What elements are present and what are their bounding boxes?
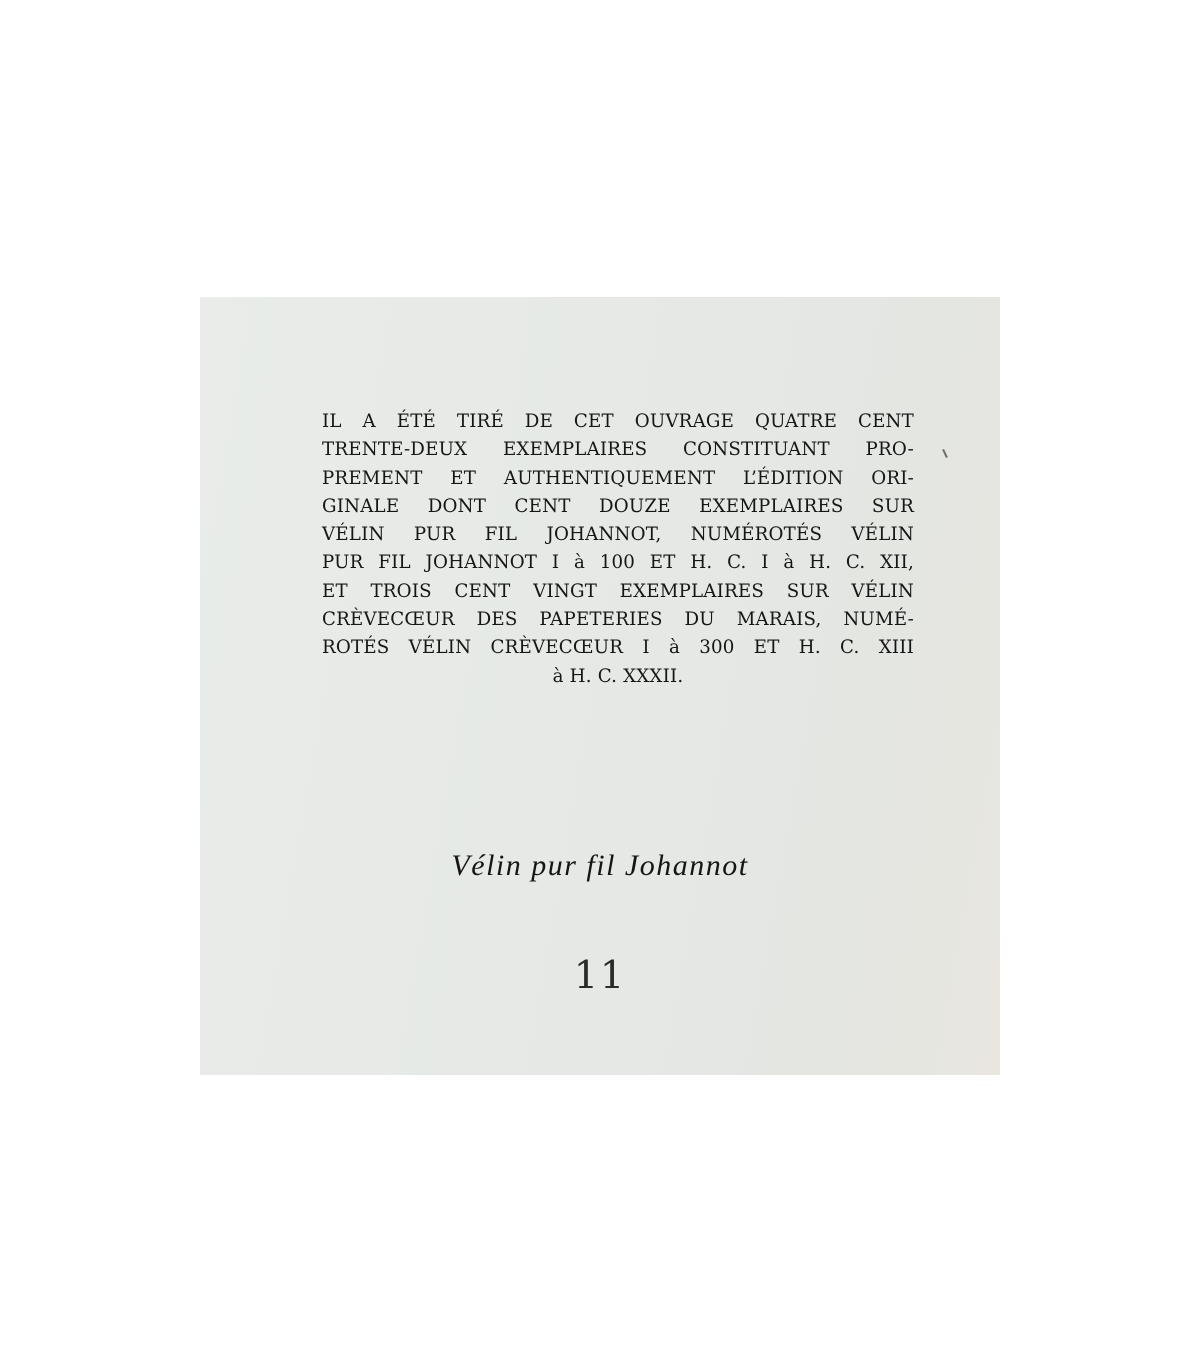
justification-line: TRENTE-DEUX EXEMPLAIRES CONSTITUANT PRO-	[322, 436, 914, 464]
justification-line: VÉLIN PUR FIL JOHANNOT, NUMÉROTÉS VÉLIN	[322, 521, 914, 549]
justification-line: ROTÉS VÉLIN CRÈVECŒUR I à 300 ET H. C. X…	[322, 634, 914, 662]
show-through-text	[255, 355, 281, 445]
justification-line: GINALE DONT CENT DOUZE EXEMPLAIRES SUR	[322, 493, 914, 521]
book-page-photo: IL A ÉTÉ TIRÉ DE CET OUVRAGE QUATRE CENT…	[200, 297, 1000, 1075]
paper-name: Vélin pur fil Johannot	[200, 849, 1000, 883]
justification-line: à H. C. XXXII.	[322, 663, 914, 691]
justification-line: IL A ÉTÉ TIRÉ DE CET OUVRAGE QUATRE CENT	[322, 408, 914, 436]
justification-de-tirage: IL A ÉTÉ TIRÉ DE CET OUVRAGE QUATRE CENT…	[322, 408, 914, 691]
justification-line: PREMENT ET AUTHENTIQUEMENT L’ÉDITION ORI…	[322, 465, 914, 493]
copy-number: 11	[200, 953, 1000, 997]
paper-speck	[942, 449, 948, 458]
justification-line: ET TROIS CENT VINGT EXEMPLAIRES SUR VÉLI…	[322, 578, 914, 606]
justification-line: PUR FIL JOHANNOT I à 100 ET H. C. I à H.…	[322, 549, 914, 577]
justification-line: CRÈVECŒUR DES PAPETERIES DU MARAIS, NUMÉ…	[322, 606, 914, 634]
